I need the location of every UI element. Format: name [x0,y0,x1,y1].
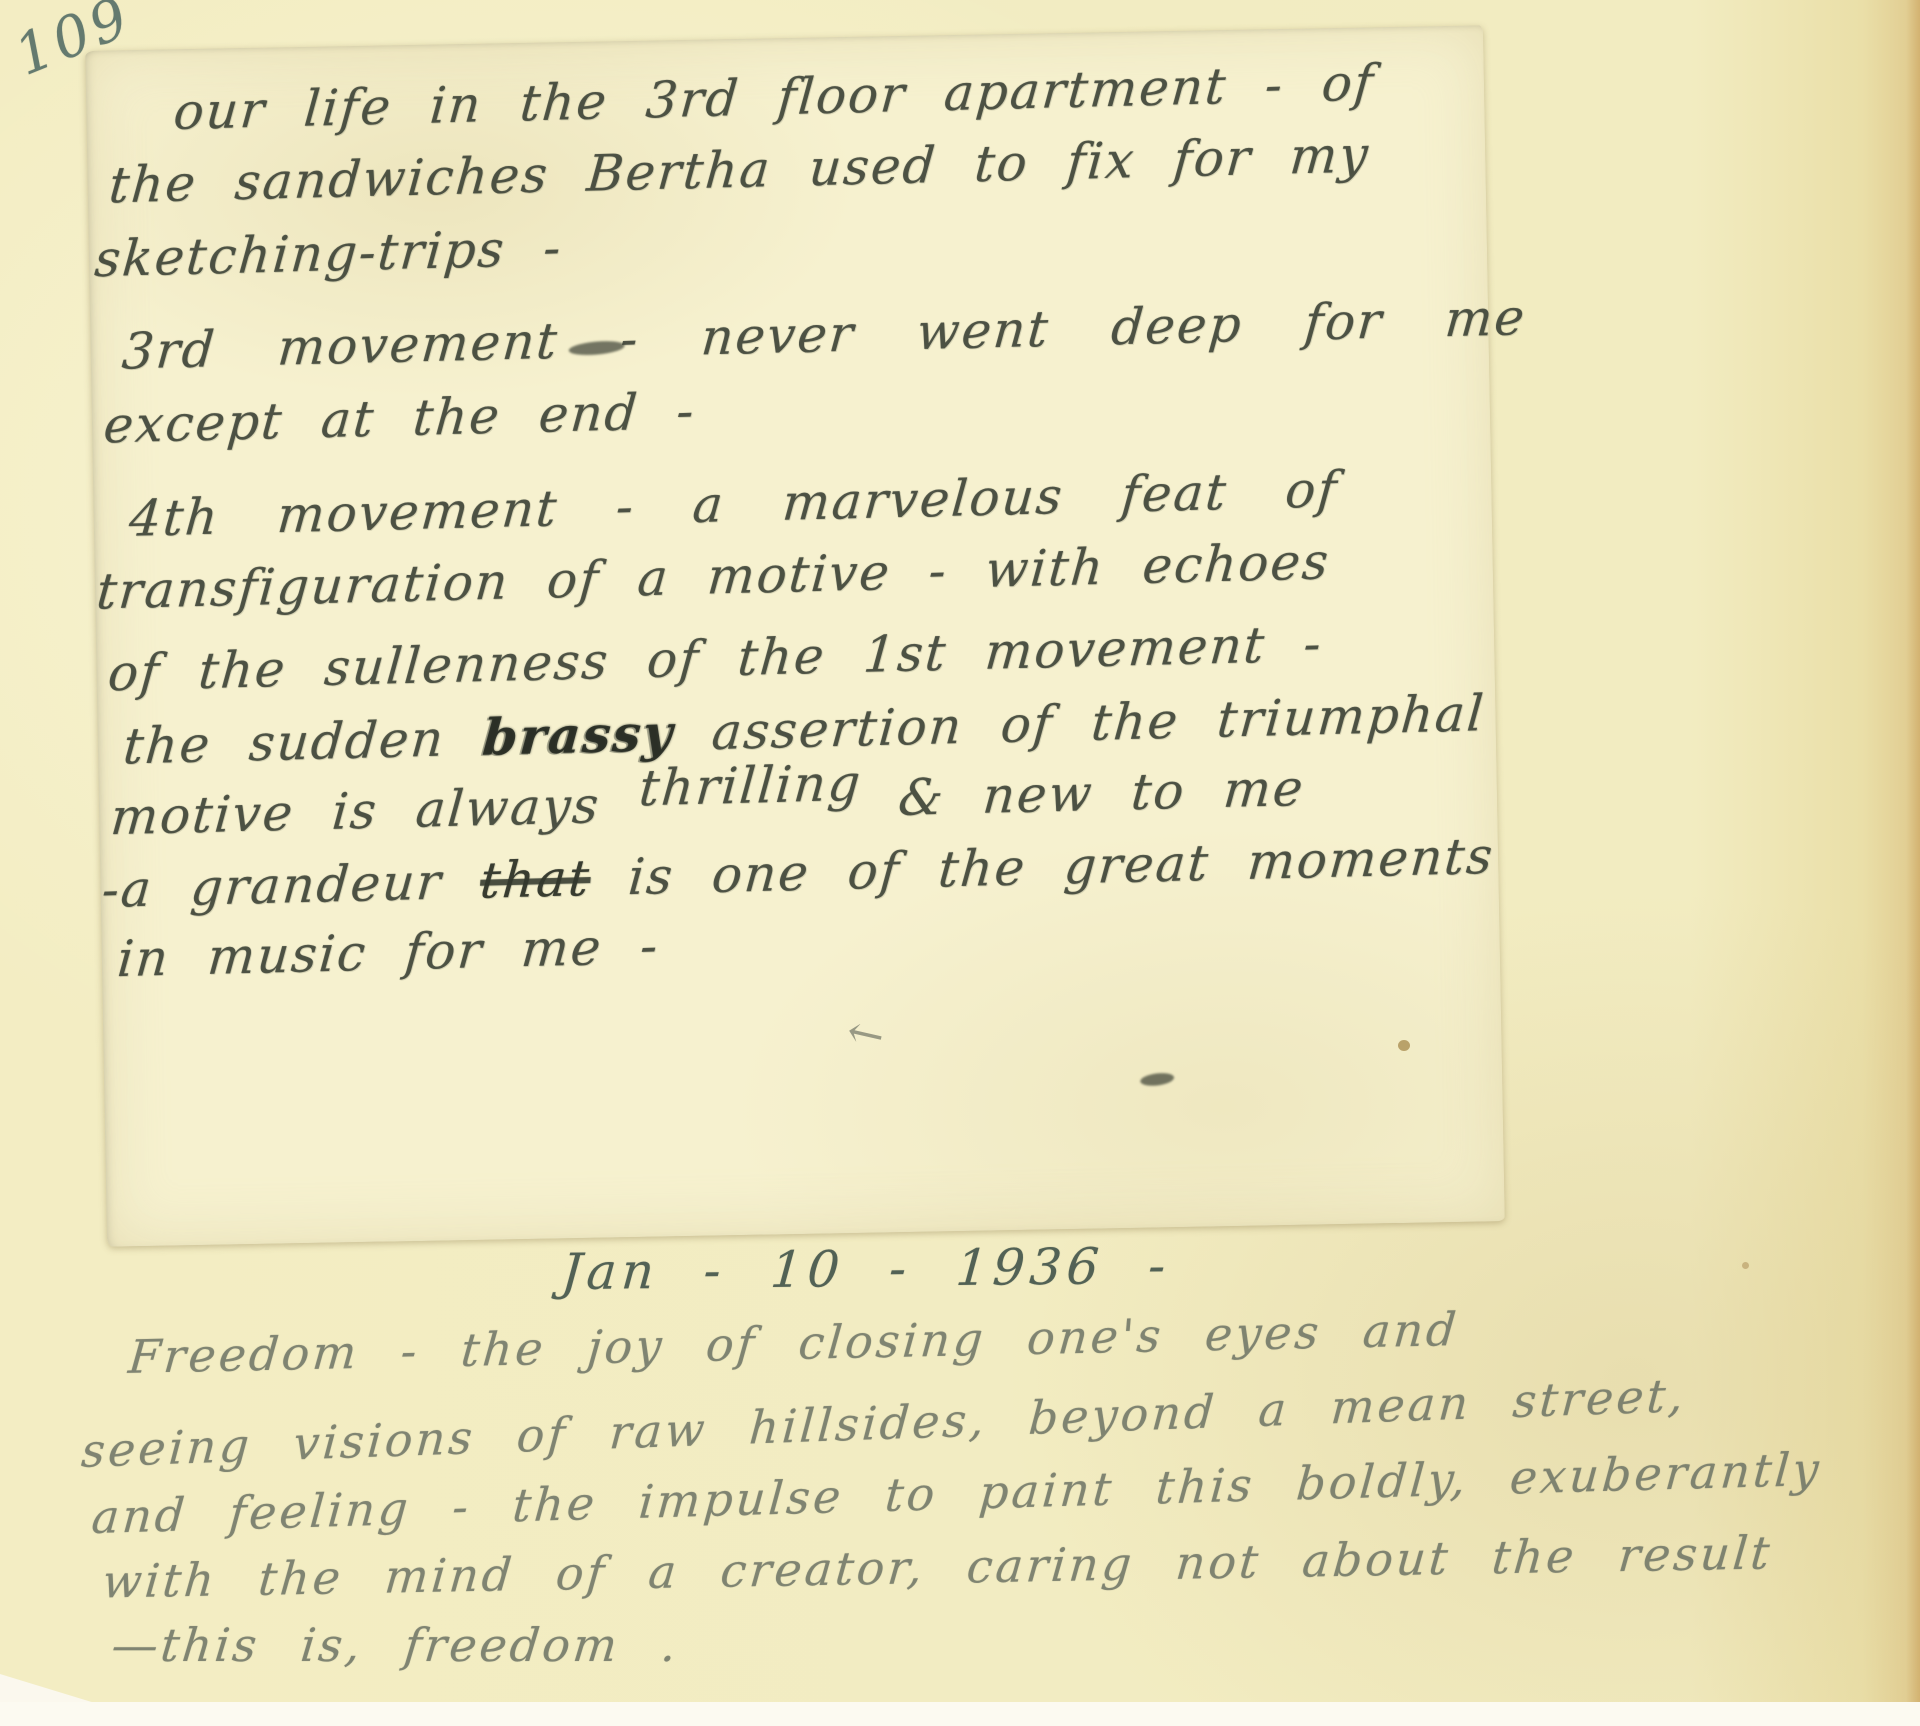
note-line-9-post: assertion of the triumphal [672,684,1488,762]
paper-speck [1398,1040,1410,1051]
note-line-1: our life in the 3rd floor apartment - of [172,54,1377,141]
overwritten-word: brassy [481,703,677,767]
note-line-12: in music for me - [115,917,661,988]
note-line-5: except at the end - [102,382,698,455]
entry-line-4: with the mind of a creator, caring not a… [100,1525,1774,1608]
note-line-10-pre: motive is always [108,775,640,846]
note-line-6: 4th movement - a marvelous feat of [127,460,1340,548]
entry-line-1: Freedom - the joy of closing one's eyes … [126,1302,1461,1384]
note-line-11-pre: -a grandeur [100,852,483,919]
note-line-11-post: is one of the great moments [588,827,1496,907]
raised-word: thrilling [637,754,864,818]
struck-word: that [478,849,593,910]
note-line-4: 3rd movement - never went deep for me [120,288,1529,380]
note-line-9-pre: the sudden [121,709,485,776]
note-line-7: transfiguration of a motive - with echoe… [94,532,1332,620]
scan-edge [0,1702,1920,1726]
left-arrow-icon: ← [842,1005,889,1063]
pencil-smudge [1140,1071,1175,1087]
note-line-2: the sandwiches Bertha used to fix for my [107,125,1372,214]
pasted-note-sheet: our life in the 3rd floor apartment - of… [85,25,1505,1246]
note-line-8: of the sullenness of the 1st movement - [106,615,1325,703]
entry-line-5: —this is, freedom . [109,1618,682,1672]
page-edge-shadow [1906,0,1920,1726]
note-line-3: sketching-trips - [92,219,564,289]
album-page: 109 our life in the 3rd floor apartment … [0,0,1920,1726]
entry-date: Jan - 10 - 1936 - [560,1237,1173,1301]
note-line-10-post: & new to me [858,759,1307,828]
note-line-10: motive is always thrilling & new to me [108,759,1306,846]
paper-speck [1742,1262,1749,1269]
